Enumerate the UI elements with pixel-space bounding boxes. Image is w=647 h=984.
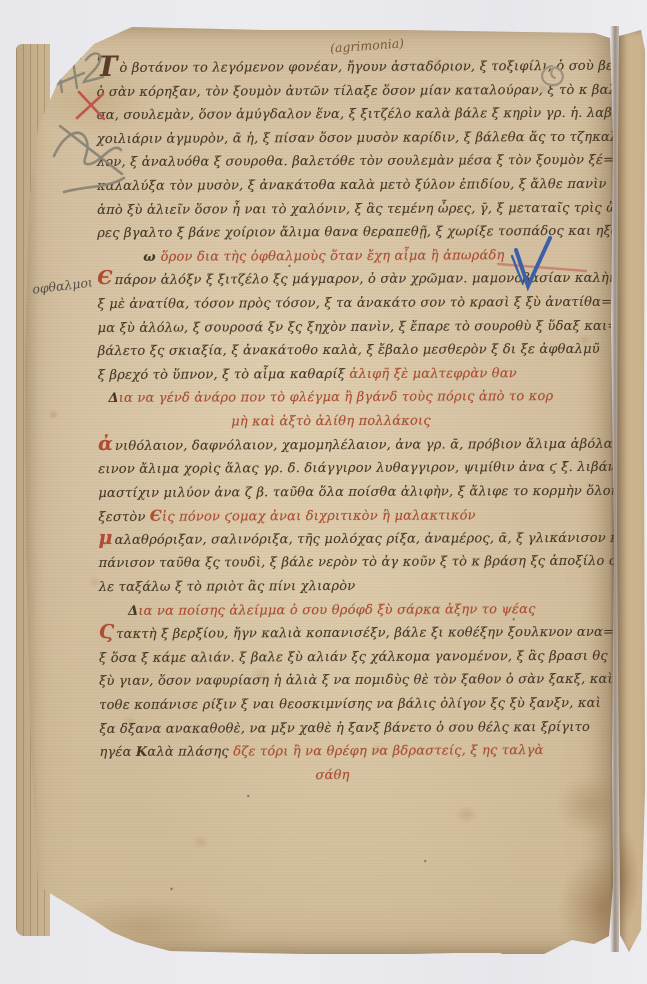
text-section: μαλαθρόριξαν, σαλινόριξα, τῆς μολόχας ρί…	[98, 527, 564, 600]
text-line: ξ βρεχό τὸ ὕπνον, ξ τὸ αἷμα καθαρίξ ἀλιφ…	[98, 362, 564, 388]
text-section: Τὸ βοτάνον το λεγόμενον φονέαν, ἤγουν ἀσ…	[96, 55, 563, 246]
text-segment: ρες βγαλτο ξ βάνε χοίριον ἄλιμα θανα θερ…	[97, 224, 636, 241]
text-line: ω ὅρον δια τὴς ὀφθαλμοὺς ὅταν ἔχη αἷμα ἢ…	[97, 244, 563, 270]
text-line: μαστίχιν μιλύον ἀνα ζ β. ταῦθα ὅλα ποίσθ…	[98, 480, 564, 506]
text-line: Єπάρον ἀλόξν ξ ξιτζέλο ξς μάγμαρον, ὁ σὰ…	[97, 267, 563, 293]
text-segment: ια να γένδ ἀνάρο πον τὸ φλέγμα ἢ βγάνδ τ…	[119, 389, 554, 406]
drop-initial: Є	[97, 267, 112, 289]
text-section: Ϛτακτὴ ξ βερξίου, ἤγν καλιὰ κοπανισέξν, …	[99, 621, 566, 788]
text-section: ω ὅρον δια τὴς ὀφθαλμοὺς ὅταν ἔχη αἷμα ἢ…	[97, 244, 563, 270]
text-line: ἀνιθόλαιον, δαφνόλαιον, χαμομηλέλαιον, ἀ…	[98, 432, 564, 458]
text-line: πάνισον ταῦθα ξς τουδὶ, ξ βάλε νερὸν τὸ …	[99, 550, 565, 576]
text-line: ξ μὲ ἀνατίθα, τόσον πρὸς τόσον, ξ τα ἀνα…	[97, 291, 563, 317]
text-line: εινον ἄλιμα χορὶς ἅλας γρ. δ̄. διάγγιρον…	[98, 456, 564, 482]
manuscript-page: (agrimonia) οφθαλμοι Τὸ βοτάνον το λεγόμ…	[24, 24, 614, 954]
text-line: σα, σουλεμὰν, ὅσον ἀμύγδαλον ἕνα, ξ ξιτζ…	[97, 102, 563, 128]
text-segment: Κ	[136, 745, 148, 760]
text-segment: βάλετο ξς σκιαξία, ξ ἀνακάτοθο καλὰ, ξ ἔ…	[98, 342, 600, 359]
drop-initial: Ϛ	[99, 621, 114, 643]
text-line: βάλετο ξς σκιαξία, ξ ἀνακάτοθο καλὰ, ξ ἔ…	[98, 338, 564, 364]
text-segment: πάνισον ταῦθα ξς τουδὶ, ξ βάλε νερὸν τὸ …	[99, 554, 647, 571]
text-section: Єπάρον ἀλόξν ξ ξιτζέλο ξς μάγμαρον, ὁ σὰ…	[97, 267, 564, 387]
text-segment: μὴ καὶ ἀξτὸ ἁλίθη πολλάκοις	[231, 413, 431, 429]
text-line: μαλαθρόριξαν, σαλινόριξα, τῆς μολόχας ρί…	[98, 527, 564, 553]
text-segment: ξ ὅσα ξ κάμε αλιάν. ξ βαλε ξὺ αλιάν ξς χ…	[99, 649, 608, 666]
text-segment: δζε τόρι ἢ να θρέφη να βδραστείς, ξ ης τ…	[233, 743, 543, 759]
text-segment: Δ	[128, 603, 138, 618]
text-line: Δια να ποίσης ἀλείμμα ὁ σου θρόφδ ξὺ σάρ…	[99, 598, 565, 624]
text-segment: ἀπὸ ξὺ ἁλιεῖν ὅσον ἦ ναι τὸ χαλόνιν, ξ ἃ…	[97, 200, 617, 217]
text-segment: λε ταξάλω ξ τὸ πριὸτ ἃς πίνι χλιαρὸν	[99, 579, 356, 595]
text-line: ηγέα Καλὰ πλάσης δζε τόρι ἢ να θρέφη να …	[99, 739, 565, 765]
text-line: ξὺ γιαν, ὅσον ναφυρίαση ἡ ἁλιὰ ξ να πομι…	[99, 668, 565, 694]
text-segment: μα ξὺ ἀλόλω, ξ σουροσά ξν ξς ξηχὸν πανὶν…	[98, 318, 619, 335]
text-line: μὴ καὶ ἀξτὸ ἁλίθη πολλάκοις	[98, 409, 564, 435]
text-segment: ω	[143, 249, 160, 264]
text-line: ξεστὸν Єἰς πόνον ϛομαχ ἀναι διχριτικὸν ἢ…	[98, 503, 564, 529]
text-segment: λον, ξ ἀναλυόθα ξ σουροθα. βαλετόθε τὸν …	[97, 153, 614, 170]
text-line: ξ ὅσα ξ κάμε αλιάν. ξ βαλε ξὺ αλιάν ξς χ…	[99, 645, 565, 671]
text-section: Δια να ποίσης ἀλείμμα ὁ σου θρόφδ ξὺ σάρ…	[99, 598, 565, 624]
text-segment: ξὺ γιαν, ὅσον ναφυρίαση ἡ ἁλιὰ ξ να πομι…	[99, 672, 613, 689]
manuscript-scan: (agrimonia) οφθαλμοι Τὸ βοτάνον το λεγόμ…	[0, 0, 647, 984]
text-line: λον, ξ ἀναλυόθα ξ σουροθα. βαλετόθε τὸν …	[97, 149, 563, 175]
text-line: μα ξὺ ἀλόλω, ξ σουροσά ξν ξς ξηχὸν πανὶν…	[98, 315, 564, 341]
text-section: Δια να γένδ ἀνάρο πον τὸ φλέγμα ἢ βγάνδ …	[98, 385, 564, 434]
text-line: σάθη	[99, 763, 565, 789]
crossed-number-pencil-mark	[46, 53, 103, 92]
text-segment: Δ	[108, 391, 118, 406]
text-line: ξα δξανα ανακαθοθὲ, να μξν χαθὲ ἡ ξανξ β…	[99, 716, 565, 742]
text-line: ρες βγαλτο ξ βάνε χοίριον ἄλιμα θανα θερ…	[97, 220, 563, 246]
text-segment: ὸ βοτάνον το λεγόμενον φονέαν, ἤγουν ἀστ…	[119, 59, 647, 76]
text-segment: ἰς πόνον ϛομαχ ἀναι διχριτικὸν ἢ μαλακτι…	[162, 509, 476, 525]
text-line: τοθε κοπάνισε ρίξιν ξ ναι θεοσκιμνίσης ν…	[99, 692, 565, 718]
text-segment: σάθη	[315, 768, 349, 783]
drop-initial: μ	[98, 527, 112, 549]
text-segment: Є	[150, 507, 162, 525]
interlinear-annotation: (agrimonia)	[330, 35, 405, 55]
text-segment: εινον ἄλιμα χορὶς ἅλας γρ. δ̄. διάγγιρον…	[98, 460, 640, 477]
text-segment: τακτὴ ξ βερξίου, ἤγν καλιὰ κοπανισέξν, β…	[116, 625, 614, 642]
text-segment: πάρον ἀλόξν ξ ξιτζέλο ξς μάγμαρον, ὁ σὰν…	[115, 271, 617, 288]
adjacent-page-edge	[617, 30, 645, 952]
drop-initial: Τ	[96, 50, 117, 83]
text-line: καλαλύξα τὸν μυσὸν, ξ ἀνακάτοθα καλὰ μετ…	[97, 173, 563, 199]
text-line: Ϛτακτὴ ξ βερξίου, ἤγν καλιὰ κοπανισέξν, …	[99, 621, 565, 647]
text-segment: ξα δξανα ανακαθοθὲ, να μξν χαθὲ ἡ ξανξ β…	[99, 719, 590, 736]
drop-initial: ἀ	[98, 432, 113, 454]
text-line: Τὸ βοτάνον το λεγόμενον φονέαν, ἤγουν ἀσ…	[96, 55, 562, 81]
text-segment: ἀλιφῆ ξὲ μαλτεφρὰν θαν	[349, 366, 517, 382]
text-line: Δια να γένδ ἀνάρο πον τὸ φλέγμα ἢ βγάνδ …	[98, 385, 564, 411]
text-segment: μαστίχιν μιλύον ἀνα ζ β. ταῦθα ὅλα ποίσθ…	[98, 483, 630, 500]
text-segment: σα, σουλεμὰν, ὅσον ἀμύγδαλον ἕνα, ξ ξιτζ…	[97, 106, 626, 123]
text-segment: ηγέα	[99, 745, 136, 760]
text-segment: χοιλιάριν ἀγμυρὸν, ᾱ ἡ, ξ πίσαν ὅσον μυσ…	[97, 129, 647, 146]
text-line: ὁ σὰν κόρηξαν, τὸν ξουμὸν ἀυτῶν τίλαξε ὅ…	[97, 79, 563, 105]
text-segment: ὅρον δια τὴς ὀφθαλμοὺς ὅταν ἔχη αἷμα ἢ ἀ…	[161, 248, 505, 265]
text-section: ἀνιθόλαιον, δαφνόλαιον, χαμομηλέλαιον, ἀ…	[98, 432, 564, 528]
text-line: λε ταξάλω ξ τὸ πριὸτ ἃς πίνι χλιαρὸν	[99, 574, 565, 600]
text-segment: ξεστὸν	[98, 510, 150, 525]
text-segment: τοθε κοπάνισε ρίξιν ξ ναι θεοσκιμνίσης ν…	[99, 696, 601, 713]
text-segment: ξ βρεχό τὸ ὕπνον, ξ τὸ αἷμα καθαρίξ	[98, 367, 350, 383]
text-segment: αλαθρόριξαν, σαλινόριξα, τῆς μολόχας ρίξ…	[115, 531, 627, 548]
text-segment: ια να ποίσης ἀλείμμα ὁ σου θρόφδ ξὺ σάρκ…	[138, 602, 535, 619]
text-line: χοιλιάριν ἀγμυρὸν, ᾱ ἡ, ξ πίσαν ὅσον μυσ…	[97, 126, 563, 152]
text-segment: νιθόλαιον, δαφνόλαιον, χαμομηλέλαιον, ἀν…	[115, 436, 647, 453]
text-segment: ξ μὲ ἀνατίθα, τόσον πρὸς τόσον, ξ τα ἀνα…	[97, 295, 612, 312]
text-line: ἀπὸ ξὺ ἁλιεῖν ὅσον ἦ ναι τὸ χαλόνιν, ξ ἃ…	[97, 197, 563, 223]
text-segment: ὁ σὰν κόρηξαν, τὸν ξουμὸν ἀυτῶν τίλαξε ὅ…	[97, 82, 642, 99]
text-segment: αλὰ πλάσης	[147, 745, 233, 760]
text-segment: καλαλύξα τὸν μυσὸν, ξ ἀνακάτοθα καλὰ μετ…	[97, 177, 607, 194]
text-layer: Τὸ βοτάνον το λεγόμενον φονέαν, ἤγουν ἀσ…	[96, 55, 565, 788]
